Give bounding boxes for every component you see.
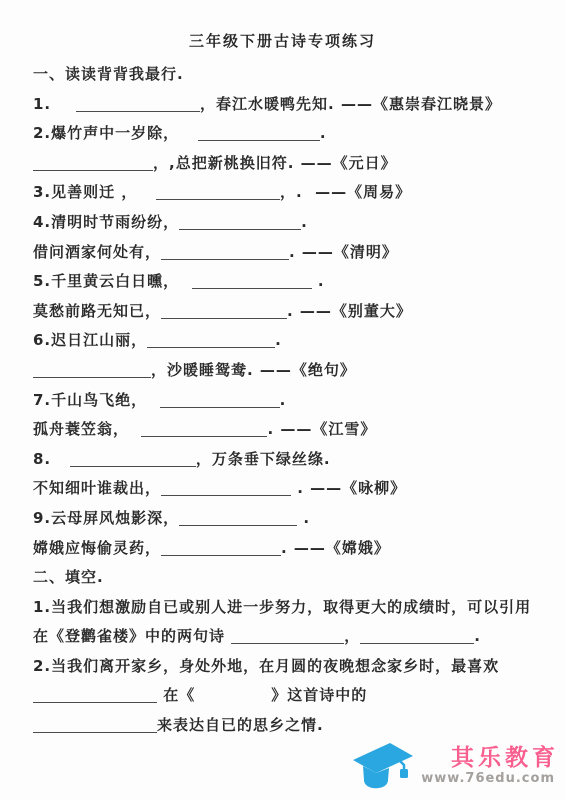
line-text: .	[312, 272, 325, 290]
q3-line1: 3.见善则迁 ， ，. ——《周易》	[33, 178, 537, 208]
line-text: 6.迟日江山丽，	[33, 331, 147, 349]
q9-line2: 嫦娥应悔偷灵药，. ——《嫦娥》	[33, 534, 537, 564]
q5-line2: 莫愁前路无知已，. ——《别董大》	[33, 297, 537, 327]
q6-line1: 6.迟日江山丽，.	[33, 326, 537, 356]
line-text: 在《	[157, 686, 195, 704]
line-text: 来表达自已的思乡之情.	[157, 716, 324, 734]
line-text: ，沙暖睡鸳鸯. ——《绝句》	[151, 361, 356, 379]
q4-line2: 借问酒家何处有，. ——《清明》	[33, 238, 537, 268]
q9-line1: 9.云母屏风烛影深， .	[33, 504, 537, 534]
line-text: 借问酒家何处有，	[33, 243, 161, 261]
line-text: 8.	[33, 450, 70, 468]
line-text: 2.当我们离开家乡，身处外地，在月圆的夜晚想念家乡时，最喜欢	[33, 657, 499, 675]
line-text: .	[474, 627, 481, 645]
answer-blank	[33, 687, 157, 703]
line-text: .	[301, 213, 308, 231]
line-text: .	[320, 124, 327, 142]
q8-line1: 8. ，万条垂下绿丝绦.	[33, 445, 537, 475]
s2-q1-line2: 在《登鹳雀楼》中的两句诗 ，.	[33, 622, 537, 652]
worksheet-page: 三年级下册古诗专项练习 一、读读背背我最行.1. ，春江水暖鸭先知. ——《惠崇…	[0, 0, 565, 800]
q6-line2: ，沙暖睡鸳鸯. ——《绝句》	[33, 356, 537, 386]
answer-blank	[161, 540, 281, 556]
answer-blank	[161, 303, 287, 319]
line-text: ，万条垂下绿丝绦.	[196, 450, 331, 468]
line-text: 莫愁前路无知已，	[33, 302, 161, 320]
line-text: 9.云母屏风烛影深，	[33, 509, 179, 527]
website-url: www.76edu.com	[421, 771, 555, 787]
q2-line2: ，,总把新桃换旧符. ——《元日》	[33, 149, 537, 179]
line-text: 1.当我们想激励自已或别人进一步努力，取得更大的成绩时，可以引用	[33, 598, 531, 616]
line-text: . ——《别董大》	[287, 302, 412, 320]
line-text: ，	[344, 627, 360, 645]
site-logo: 其乐教育 www.76edu.com	[352, 740, 555, 792]
q1-line1: 1. ，春江水暖鸭先知. ——《惠崇春江晓景》	[33, 90, 537, 120]
answer-blank	[33, 155, 153, 171]
line-text: ，,总把新桃换旧符. ——《元日》	[153, 154, 397, 172]
answer-blank	[70, 451, 196, 467]
answer-blank	[76, 96, 200, 112]
answer-blank	[160, 392, 280, 408]
q4-line1: 4.清明时节雨纷纷，.	[33, 208, 537, 238]
answer-blank	[147, 332, 275, 348]
line-text: 不知细叶谁裁出，	[33, 479, 161, 497]
answer-blank	[33, 362, 151, 378]
line-text: ，. ——《周易》	[280, 183, 411, 201]
q7-line1: 7.千山鸟飞绝， .	[33, 386, 537, 416]
q5-line1: 5.千里黄云白日曛， .	[33, 267, 537, 297]
line-text: 在《登鹳雀楼》中的两句诗	[33, 627, 231, 645]
answer-blank	[360, 628, 474, 644]
s2-q2-line2: 在《》这首诗中的	[33, 681, 537, 711]
answer-blank	[192, 273, 312, 289]
section-2-header: 二、填空.	[33, 563, 537, 593]
line-text: 2.爆竹声中一岁除，	[33, 124, 198, 142]
answer-blank	[141, 421, 267, 437]
line-text: 5.千里黄云白日曛，	[33, 272, 192, 290]
line-text: . ——《咏柳》	[291, 479, 406, 497]
line-text: 3.见善则迁 ，	[33, 183, 156, 201]
line-text: .	[275, 331, 282, 349]
graduation-cap-icon	[352, 740, 414, 792]
answer-blank	[231, 628, 344, 644]
line-text: .	[280, 391, 287, 409]
line-text: . ——《嫦娥》	[281, 539, 390, 557]
section-1-header: 一、读读背背我最行.	[33, 60, 537, 90]
q7-line2: 孤舟蓑笠翁， . ——《江雪》	[33, 415, 537, 445]
line-text: 一、读读背背我最行.	[33, 65, 184, 83]
logo-text: 其乐教育 www.76edu.com	[421, 746, 555, 787]
answer-blank	[198, 125, 320, 141]
line-text: ，春江水暖鸭先知. ——《惠崇春江晓景》	[200, 95, 501, 113]
line-text: 4.清明时节雨纷纷，	[33, 213, 179, 231]
answer-blank	[179, 214, 301, 230]
answer-blank	[161, 480, 291, 496]
line-text: 》这首诗中的	[271, 686, 367, 704]
page-title: 三年级下册古诗专项练习	[0, 0, 565, 51]
line-text: 嫦娥应悔偷灵药，	[33, 539, 161, 557]
s2-q2-line1: 2.当我们离开家乡，身处外地，在月圆的夜晚想念家乡时，最喜欢	[33, 652, 537, 682]
answer-blank	[156, 184, 280, 200]
brand-name: 其乐教育	[451, 746, 559, 771]
line-text: . ——《江雪》	[267, 420, 376, 438]
q8-line2: 不知细叶谁裁出， . ——《咏柳》	[33, 474, 537, 504]
line-text: 7.千山鸟飞绝，	[33, 391, 160, 409]
q2-line1: 2.爆竹声中一岁除， .	[33, 119, 537, 149]
line-text: 1.	[33, 95, 76, 113]
s2-q1-line1: 1.当我们想激励自已或别人进一步努力，取得更大的成绩时，可以引用	[33, 593, 537, 623]
bracket-gap	[195, 690, 271, 700]
s2-q2-line3: 来表达自已的思乡之情.	[33, 711, 537, 741]
answer-blank	[179, 510, 297, 526]
line-text: 二、填空.	[33, 568, 104, 586]
line-text: . ——《清明》	[289, 243, 398, 261]
line-text: 孤舟蓑笠翁，	[33, 420, 141, 438]
line-text: .	[297, 509, 310, 527]
answer-blank	[33, 717, 157, 733]
worksheet-body: 一、读读背背我最行.1. ，春江水暖鸭先知. ——《惠崇春江晓景》2.爆竹声中一…	[0, 51, 565, 741]
answer-blank	[161, 244, 289, 260]
